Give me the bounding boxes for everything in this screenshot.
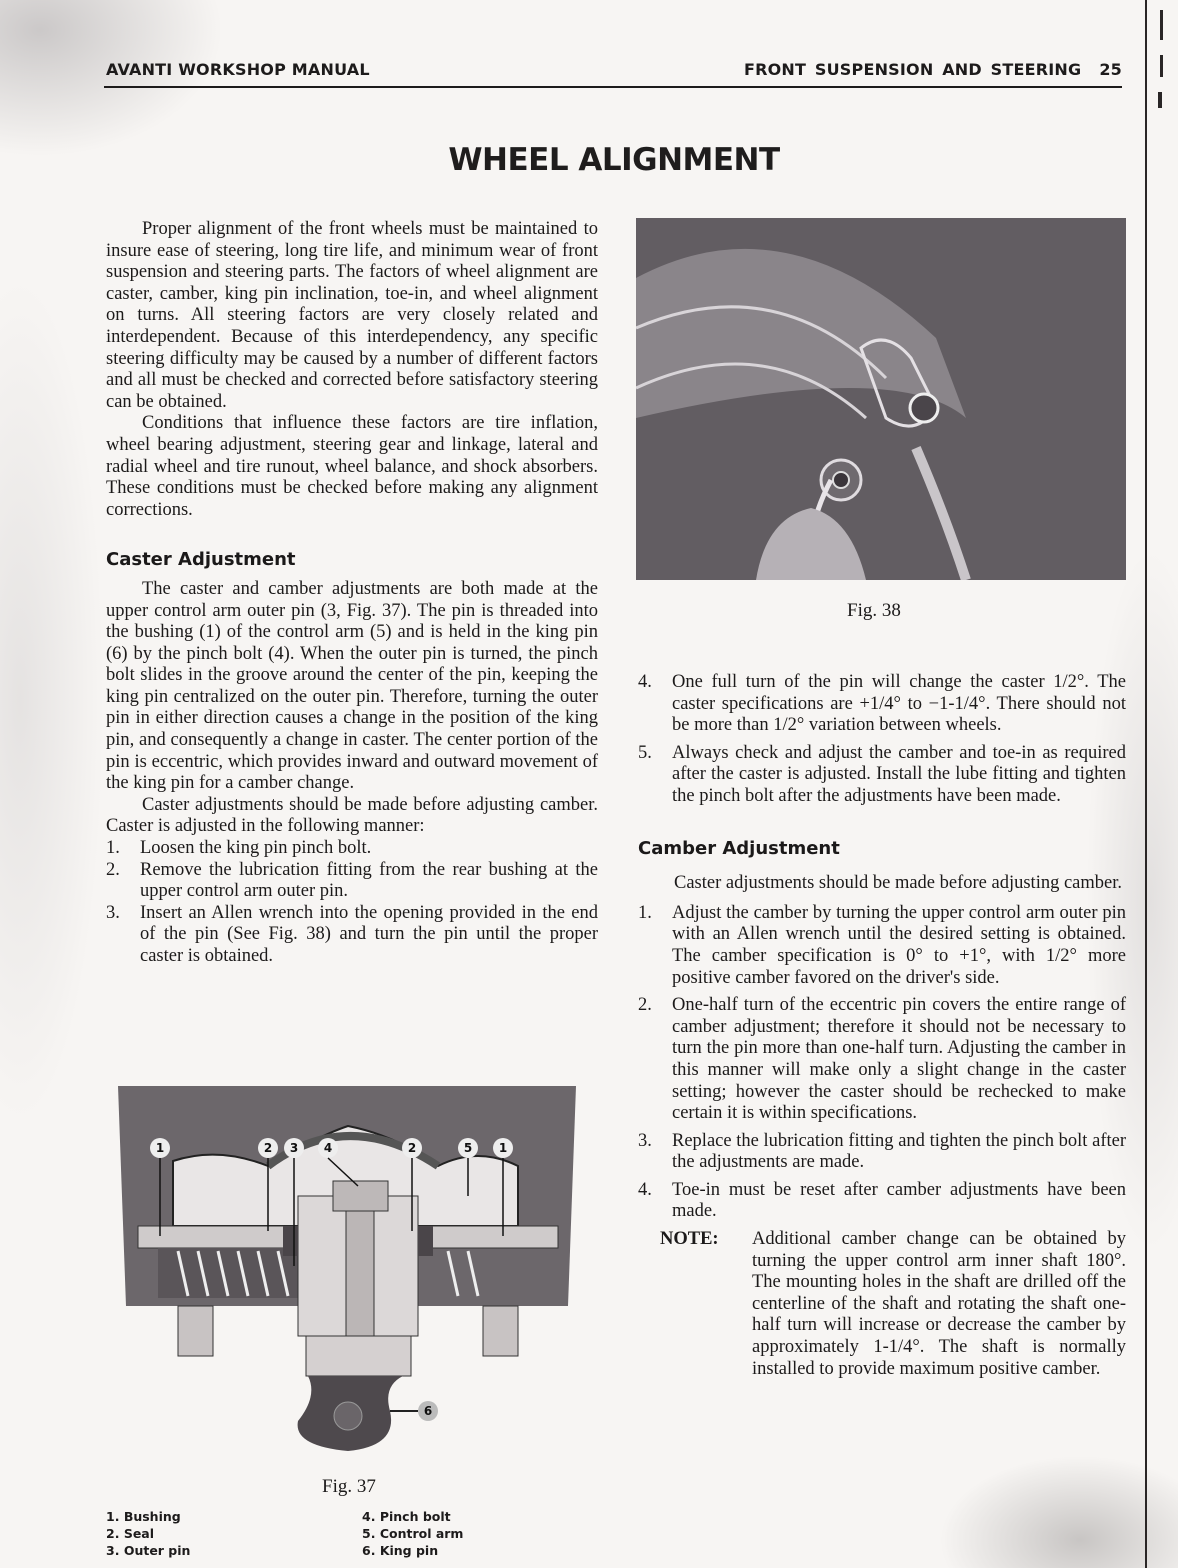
caster-step: 5.Always check and adjust the camber and… [638,743,1126,808]
figure-37-legend-right: 4. Pinch bolt 5. Control arm 6. King pin [362,1508,463,1559]
svg-text:6: 6 [424,1404,432,1418]
camber-step: 4.Toe-in must be reset after camber adju… [638,1180,1126,1223]
legend-item: 4. Pinch bolt [362,1508,463,1525]
svg-text:1: 1 [156,1141,164,1155]
allen-wrench-photo-icon [636,218,1126,580]
caster-steps-continued: 4.One full turn of the pin will change t… [638,672,1126,808]
section-title-and-page: FRONT SUSPENSION AND STEERING25 [744,60,1122,79]
caster-steps: 1.Loosen the king pin pinch bolt. 2.Remo… [106,838,598,968]
svg-text:5: 5 [464,1141,472,1155]
page-title: WHEEL ALIGNMENT [0,142,1178,178]
figure-37-legend-left: 1. Bushing 2. Seal 3. Outer pin [106,1508,190,1559]
section-title: FRONT SUSPENSION AND STEERING [744,60,1081,79]
caster-step: 3.Insert an Allen wrench into the openin… [106,903,598,968]
svg-text:1: 1 [499,1141,507,1155]
caster-heading: Caster Adjustment [106,549,598,571]
outer-pin-cutaway-icon: 1 2 3 4 2 5 1 6 [118,1086,576,1466]
binding-mark [1160,55,1163,77]
figure-38-caption: Fig. 38 [847,600,901,622]
caster-paragraph: The caster and camber adjustments are bo… [106,579,598,795]
camber-intro: Caster adjustments should be made before… [638,873,1126,895]
legend-item: 1. Bushing [106,1508,190,1525]
svg-text:2: 2 [408,1141,416,1155]
caster-step: 4.One full turn of the pin will change t… [638,672,1126,737]
caster-paragraph: Caster adjustments should be made before… [106,795,598,838]
note-label: NOTE: [660,1229,719,1251]
camber-heading: Camber Adjustment [638,838,1126,860]
legend-item: 6. King pin [362,1542,463,1559]
svg-text:3: 3 [290,1141,298,1155]
figure-37-caption: Fig. 37 [322,1476,376,1498]
page-number: 25 [1099,60,1122,79]
left-column: Proper alignment of the front wheels mus… [106,219,598,968]
svg-text:2: 2 [264,1141,272,1155]
camber-step: 2.One-half turn of the eccentric pin cov… [638,995,1126,1125]
running-header: AVANTI WORKSHOP MANUAL FRONT SUSPENSION … [104,58,1122,84]
intro-paragraph: Proper alignment of the front wheels mus… [106,219,598,413]
legend-item: 3. Outer pin [106,1542,190,1559]
legend-item: 2. Seal [106,1525,190,1542]
camber-step: 3.Replace the lubrication fitting and ti… [638,1131,1126,1174]
manual-title: AVANTI WORKSHOP MANUAL [106,60,370,79]
intro-paragraph: Conditions that influence these factors … [106,413,598,521]
camber-step: 1.Adjust the camber by turning the upper… [638,903,1126,989]
note-text: Additional camber change can be obtained… [752,1229,1126,1379]
figure-37-diagram: 1 2 3 4 2 5 1 6 [118,1086,576,1466]
right-column: 4.One full turn of the pin will change t… [638,672,1126,1380]
figure-38-image [636,218,1126,580]
caster-step: 1.Loosen the king pin pinch bolt. [106,838,598,860]
svg-text:4: 4 [324,1141,332,1155]
binding-mark [1160,10,1163,40]
binding-mark [1158,92,1162,108]
legend-item: 5. Control arm [362,1525,463,1542]
header-rule [104,86,1122,88]
camber-steps: 1.Adjust the camber by turning the upper… [638,903,1126,1223]
camber-note: NOTE: Additional camber change can be ob… [638,1229,1126,1380]
caster-step: 2.Remove the lubrication fitting from th… [106,860,598,903]
page-edge-line [1145,0,1147,1568]
